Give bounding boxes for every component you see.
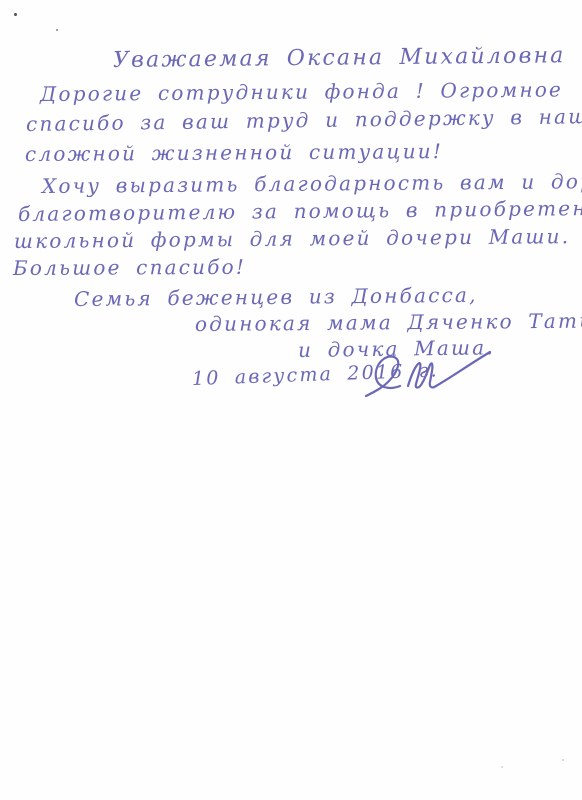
signature-scribble: [358, 348, 498, 408]
body-line: Хочу выразить благодарность вам и дорого…: [42, 171, 582, 196]
scan-speck: [56, 29, 58, 31]
signoff-line: Семья беженцев из Донбасса,: [74, 285, 478, 309]
salutation-line: Уважаемая Оксана Михайловна !: [113, 45, 582, 72]
body-line: спасибо за ваш труд и поддержку в нашей: [26, 106, 582, 134]
body-line: сложной жизненной ситуации!: [25, 141, 443, 164]
signoff-line: одинокая мама Дяченко Татьяна: [195, 310, 582, 334]
body-line: Большое спасибо!: [13, 257, 246, 278]
scanned-letter-page: Уважаемая Оксана Михайловна ! Дорогие со…: [0, 0, 582, 800]
scan-speck: [14, 13, 17, 16]
scan-speck: [562, 759, 564, 761]
body-line: школьной формы для моей дочери Маши.: [14, 226, 570, 251]
body-line: Дорогие сотрудники фонда ! Огромное: [40, 79, 563, 104]
scan-speck: [501, 766, 503, 768]
body-line: благотворителю за помощь в приобретении: [18, 198, 582, 224]
